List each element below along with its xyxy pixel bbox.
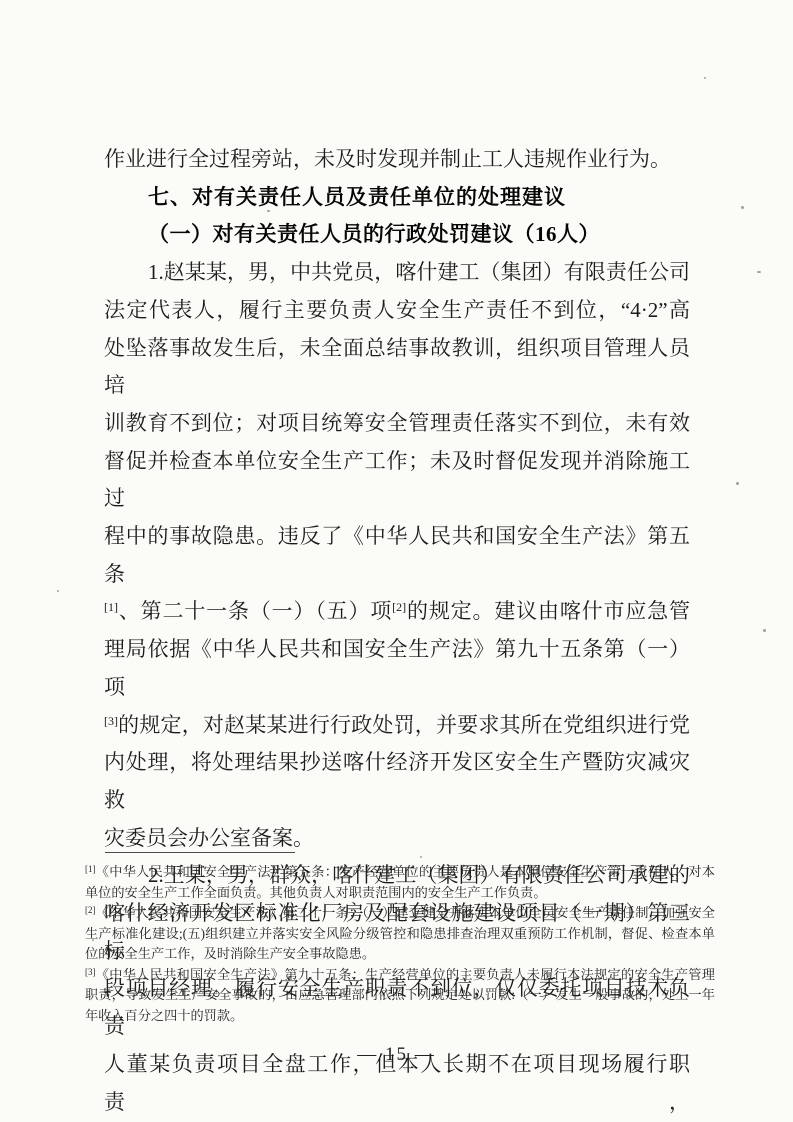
scan-speck	[741, 206, 744, 209]
footnote: [3]《中华人民共和国安全生产法》第九十五条：生产经营单位的主要负责人未履行本法…	[85, 965, 715, 1027]
text-segment: 法定代表人，履行主要负责人安全生产责任不到位，“4·2”高	[104, 298, 690, 322]
text-segment: 、第二十一条（一）（五）项	[118, 599, 392, 623]
section-heading: 七、对有关责任人员及责任单位的处理建议	[104, 179, 690, 217]
scan-speck	[57, 590, 59, 592]
text-line: 训教育不到位；对项目统筹安全管理责任落实不到位，未有效	[104, 405, 690, 443]
text-line: 督促并检查本单位安全生产工作；未及时督促发现并消除施工过	[104, 443, 690, 518]
document-page: 作业进行全过程旁站，未及时发现并制止工人违规作业行为。 七、对有关责任人员及责任…	[0, 0, 793, 1122]
text-line: [3]的规定，对赵某某进行行政处罚，并要求其所在党组织进行党	[104, 707, 690, 745]
scan-speck	[267, 210, 270, 212]
text-line: 处坠落事故发生后，未全面总结事故教训，组织项目管理人员培	[104, 330, 690, 405]
text-segment: 的规定。建议由喀什市应急管	[406, 599, 690, 623]
footnote-separator	[105, 852, 295, 853]
page-number: — 15 —	[0, 1044, 793, 1066]
text-segment: 处坠落事故发生后，未全面总结事故教训，组织项目管理人员培	[104, 336, 690, 398]
footnote-list: [1]《中华人民共和国安全生产法》第五条：生产经营单位的主要负责人是本单位安全生…	[85, 862, 715, 1026]
scan-speck	[736, 482, 739, 485]
footnote: [1]《中华人民共和国安全生产法》第五条：生产经营单位的主要负责人是本单位安全生…	[85, 862, 715, 903]
text-segment: 的规定，对赵某某进行行政处罚，并要求其所在党组织进行党	[118, 713, 690, 737]
sub-heading: （一）对有关责任人员的行政处罚建议（16人）	[104, 216, 690, 254]
footnote-marker: [3]	[85, 967, 96, 977]
footnote-ref: [2]	[392, 600, 406, 614]
text-line: 法定代表人，履行主要负责人安全生产责任不到位，“4·2”高	[104, 292, 690, 330]
footnote-ref: [1]	[104, 600, 118, 614]
text-segment: 1.赵某某，男，中共党员，喀什建工（集团）有限责任公司	[148, 260, 690, 284]
scan-speck	[704, 77, 706, 79]
intro-line: 作业进行全过程旁站，未及时发现并制止工人违规作业行为。	[104, 141, 690, 179]
text-segment: 理局依据《中华人民共和国安全生产法》第九十五条第（一）项	[104, 637, 690, 699]
text-segment: 训教育不到位；对项目统筹安全管理责任落实不到位，未有效	[104, 411, 690, 435]
footnotes: [1]《中华人民共和国安全生产法》第五条：生产经营单位的主要负责人是本单位安全生…	[85, 852, 715, 1026]
text-line: 内处理，将处理结果抄送喀什经济开发区安全生产暨防灾减灾救	[104, 744, 690, 819]
text-line: 理局依据《中华人民共和国安全生产法》第九十五条第（一）项	[104, 631, 690, 706]
scan-speck	[420, 856, 422, 858]
text-segment: 内处理，将处理结果抄送喀什经济开发区安全生产暨防灾减灾救	[104, 750, 690, 812]
text-segment: 督促并检查本单位安全生产工作；未及时督促发现并消除施工过	[104, 449, 690, 511]
text-segment: 程中的事故隐患。违反了《中华人民共和国安全生产法》第五条	[104, 524, 690, 586]
text-segment: 灾委员会办公室备案。	[104, 826, 314, 850]
text-line: 程中的事故隐患。违反了《中华人民共和国安全生产法》第五条	[104, 518, 690, 593]
footnote-ref: [3]	[104, 714, 118, 728]
scan-speck	[763, 629, 766, 632]
footnote-marker: [2]	[85, 905, 96, 915]
footnote-marker: [1]	[85, 864, 96, 874]
scan-speck	[757, 271, 761, 273]
text-line: [1]、第二十一条（一）（五）项[2]的规定。建议由喀什市应急管	[104, 593, 690, 631]
scan-speck	[92, 939, 94, 941]
text-line: 1.赵某某，男，中共党员，喀什建工（集团）有限责任公司	[104, 254, 690, 292]
footnote: [2]《中华人民共和国安全生产法》第二十一条：（一）建立健全并落实本单位全员安全…	[85, 903, 715, 965]
